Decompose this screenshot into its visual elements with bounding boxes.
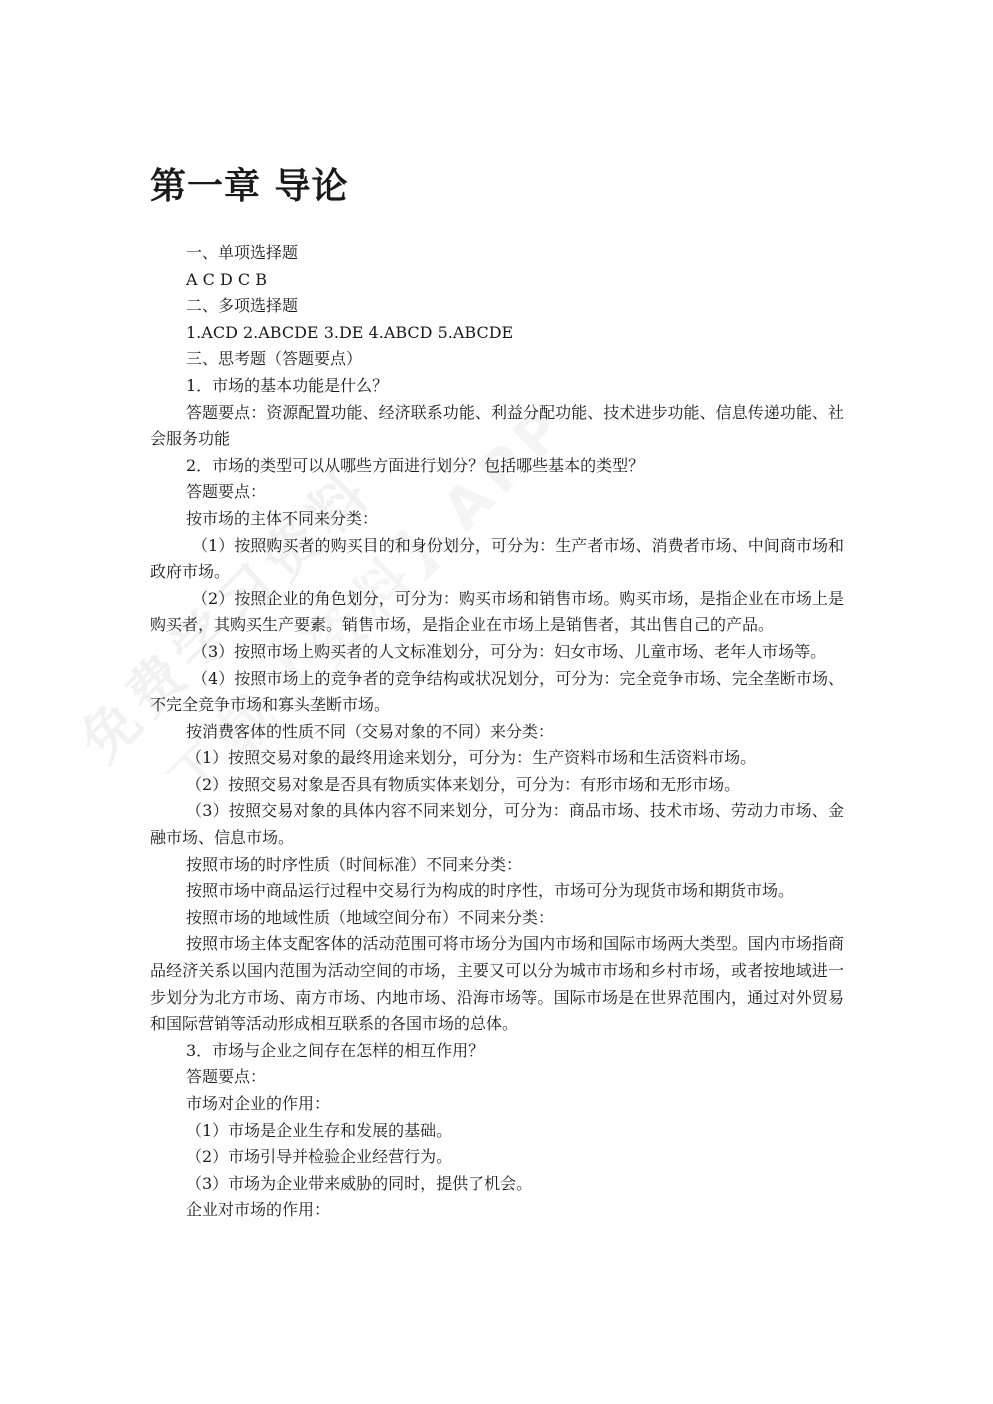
section-heading-multiple-choice: 二、多项选择题 [150, 293, 844, 320]
chapter-title: 第一章 导论 [150, 158, 349, 209]
sub-heading: 市场对企业的作用： [150, 1091, 844, 1118]
paragraph: 按照市场主体支配客体的活动范围可将市场分为国内市场和国际市场两大类型。国内市场指… [150, 931, 844, 1037]
classification-heading: 按市场的主体不同来分类： [150, 506, 844, 533]
answer-3-label: 答题要点： [150, 1064, 844, 1091]
section-heading-single-choice: 一、单项选择题 [150, 240, 844, 267]
list-item: （3）按照市场上购买者的人文标准划分，可分为：妇女市场、儿童市场、老年人市场等。 [150, 639, 844, 666]
multiple-choice-answers: 1.ACD 2.ABCDE 3.DE 4.ABCD 5.ABCDE [150, 320, 844, 347]
question-1: 1．市场的基本功能是什么？ [150, 373, 844, 400]
list-item: （3）按照交易对象的具体内容不同来划分，可分为：商品市场、技术市场、劳动力市场、… [150, 798, 844, 851]
list-item: （3）市场为企业带来威胁的同时，提供了机会。 [150, 1171, 844, 1198]
section-heading-discussion: 三、思考题（答题要点） [150, 346, 844, 373]
paragraph: 按照市场中商品运行过程中交易行为构成的时序性，市场可分为现货市场和期货市场。 [150, 878, 844, 905]
answer-2-label: 答题要点： [150, 479, 844, 506]
classification-heading: 按照市场的时序性质（时间标准）不同来分类： [150, 852, 844, 879]
list-item: （1）按照购买者的购买目的和身份划分，可分为：生产者市场、消费者市场、中间商市场… [150, 533, 844, 586]
list-item: （4）按照市场上的竞争者的竞争结构或状况划分，可分为：完全竞争市场、完全垄断市场… [150, 666, 844, 719]
document-body: 一、单项选择题 A C D C B 二、多项选择题 1.ACD 2.ABCDE … [150, 240, 844, 1224]
list-item: （1）市场是企业生存和发展的基础。 [150, 1118, 844, 1145]
classification-heading: 按照市场的地域性质（地域空间分布）不同来分类： [150, 905, 844, 932]
question-3: 3．市场与企业之间存在怎样的相互作用？ [150, 1038, 844, 1065]
list-item: （2）市场引导并检验企业经营行为。 [150, 1144, 844, 1171]
list-item: （1）按照交易对象的最终用途来划分，可分为：生产资料市场和生活资料市场。 [150, 745, 844, 772]
document-page: 免费学习资料 下载【资料】APP 第一章 导论 一、单项选择题 A C D C … [0, 0, 993, 1404]
classification-heading: 按消费客体的性质不同（交易对象的不同）来分类： [150, 719, 844, 746]
sub-heading: 企业对市场的作用： [150, 1197, 844, 1224]
single-choice-answers: A C D C B [150, 267, 844, 294]
list-item: （2）按照企业的角色划分，可分为：购买市场和销售市场。购买市场，是指企业在市场上… [150, 586, 844, 639]
question-2: 2．市场的类型可以从哪些方面进行划分？包括哪些基本的类型？ [150, 453, 844, 480]
list-item: （2）按照交易对象是否具有物质实体来划分，可分为：有形市场和无形市场。 [150, 772, 844, 799]
answer-1: 答题要点：资源配置功能、经济联系功能、利益分配功能、技术进步功能、信息传递功能、… [150, 400, 844, 453]
